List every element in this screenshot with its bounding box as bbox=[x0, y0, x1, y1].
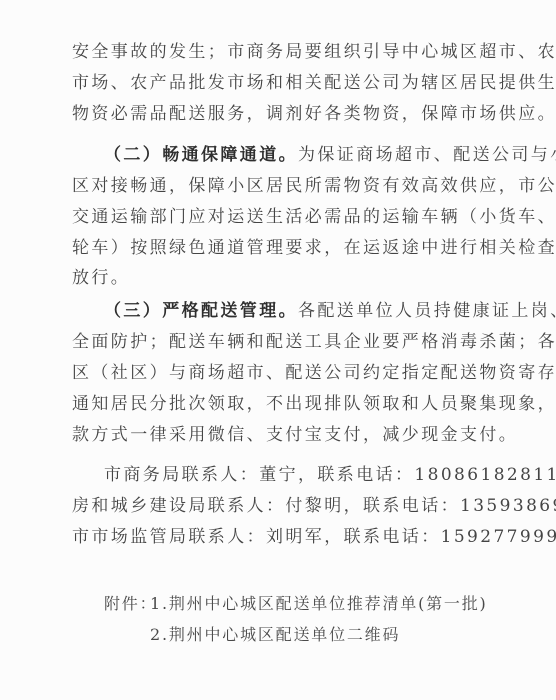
document-page: 安全事故的发生；市商务局要组织引导中心城区超市、农贸 市场、农产品批发市场和相关… bbox=[0, 0, 556, 700]
paragraph-line: 放行。 bbox=[72, 268, 492, 288]
section-3-heading: （三）严格配送管理。 bbox=[104, 301, 298, 321]
paragraph-line: 市场、农产品批发市场和相关配送公司为辖区居民提供生活 bbox=[72, 73, 492, 93]
contacts-line: 市市场监管局联系人：刘明军，联系电话：15927799929。 bbox=[72, 527, 492, 547]
paragraph-line: 轮车）按照绿色通道管理要求，在运返途中进行相关检查后 bbox=[72, 238, 492, 258]
section-2-first-line: （二）畅通保障通道。为保证商场超市、配送公司与小 bbox=[104, 145, 496, 165]
attachment-item-2: 2.荆州中心城区配送单位二维码 bbox=[150, 625, 400, 645]
contacts-first-line: 市商务局联系人：董宁，联系电话：18086182811；市住 bbox=[104, 465, 496, 485]
paragraph-line: 交通运输部门应对运送生活必需品的运输车辆（小货车、三 bbox=[72, 207, 492, 227]
paragraph-line: 通知居民分批次领取，不出现排队领取和人员聚集现象，付 bbox=[72, 394, 492, 414]
section-3-text: 各配送单位人员持健康证上岗、 bbox=[298, 301, 556, 321]
section-3-first-line: （三）严格配送管理。各配送单位人员持健康证上岗、 bbox=[104, 301, 496, 321]
paragraph-line: 款方式一律采用微信、支付宝支付，减少现金支付。 bbox=[72, 425, 492, 445]
paragraph-line: 安全事故的发生；市商务局要组织引导中心城区超市、农贸 bbox=[72, 42, 492, 62]
paragraph-line: 全面防护；配送车辆和配送工具企业要严格消毒杀菌；各小 bbox=[72, 332, 492, 352]
paragraph-line: 区对接畅通，保障小区居民所需物资有效高效供应，市公安、 bbox=[72, 176, 492, 196]
section-2-text: 为保证商场超市、配送公司与小 bbox=[298, 145, 556, 165]
section-2-heading: （二）畅通保障通道。 bbox=[104, 145, 298, 165]
paragraph-line: 区（社区）与商场超市、配送公司约定指定配送物资寄存点， bbox=[72, 363, 492, 383]
paragraph-line: 物资必需品配送服务，调剂好各类物资，保障市场供应。 bbox=[72, 104, 492, 124]
contacts-line: 房和城乡建设局联系人：付黎明，联系电话：13593869953； bbox=[72, 496, 492, 516]
attachment-item-1: 1.荆州中心城区配送单位推荐清单(第一批) bbox=[150, 594, 488, 614]
